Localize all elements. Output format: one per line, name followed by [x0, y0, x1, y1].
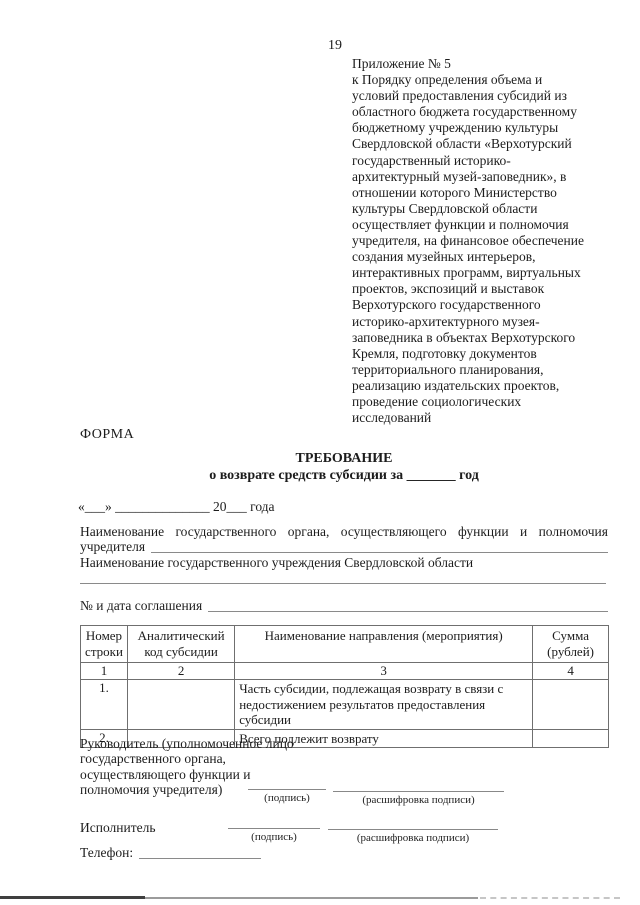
header-row-number: Номер строки	[81, 626, 128, 663]
transcript-caption: (расшифровка подписи)	[328, 832, 498, 844]
page-number: 19	[328, 38, 342, 54]
signature-caption: (подпись)	[228, 831, 320, 843]
institution-name-label: Наименование государственного учреждения…	[80, 555, 608, 570]
executor-signature-line	[228, 828, 320, 829]
agreement-blank-line	[208, 611, 608, 612]
row1-amount	[533, 680, 609, 730]
scan-artifact-line	[480, 897, 620, 899]
head-signature-field: (подпись)	[248, 789, 326, 804]
row2-amount	[533, 729, 609, 748]
column-number-1: 1	[81, 663, 128, 680]
head-signatory-label: Руководитель (уполномоченное лицо госуда…	[80, 736, 294, 797]
phone-field: Телефон:	[80, 845, 270, 861]
table-column-numbers-row: 1 2 3 4	[81, 663, 609, 680]
signature-caption: (подпись)	[248, 792, 326, 804]
row1-code-cell	[127, 680, 234, 730]
table-header-row: Номер строки Аналитический код субсидии …	[81, 626, 609, 663]
head-transcript-line	[333, 791, 504, 792]
org-name-blank-line	[151, 552, 608, 553]
scan-artifact-line	[0, 896, 145, 899]
column-number-3: 3	[235, 663, 533, 680]
table-row: 1. Часть субсидии, подлежащая возврату в…	[81, 680, 609, 730]
appendix-note: Приложение № 5 к Порядку определения объ…	[352, 56, 632, 426]
head-transcript-field: (расшифровка подписи)	[333, 791, 504, 806]
header-amount: Сумма (рублей)	[533, 626, 609, 663]
org-name-line2-label: учредителя	[80, 539, 145, 554]
column-number-4: 4	[533, 663, 609, 680]
row1-number: 1.	[81, 680, 128, 730]
org-name-line2: учредителя	[80, 539, 608, 554]
executor-label: Исполнитель	[80, 820, 156, 836]
executor-transcript-line	[328, 829, 498, 830]
executor-transcript-field: (расшифровка подписи)	[328, 829, 498, 844]
header-direction: Наименование направления (мероприятия)	[235, 626, 533, 663]
phone-blank-line	[139, 858, 261, 859]
agreement-label: № и дата соглашения	[80, 598, 202, 614]
date-field: «___» ______________ 20___ года	[78, 499, 275, 515]
scan-artifact-line	[145, 897, 478, 899]
subsidy-return-table: Номер строки Аналитический код субсидии …	[80, 625, 609, 748]
document-page: 19 Приложение № 5 к Порядку определения …	[0, 0, 640, 905]
header-analytic-code: Аналитический код субсидии	[127, 626, 234, 663]
transcript-caption: (расшифровка подписи)	[333, 794, 504, 806]
form-label: ФОРМА	[80, 427, 134, 443]
institution-name-blank-line	[80, 570, 606, 584]
executor-signature-field: (подпись)	[228, 828, 320, 843]
agreement-field: № и дата соглашения	[80, 598, 608, 614]
phone-label: Телефон:	[80, 845, 133, 861]
org-name-field: Наименование государственного органа, ос…	[80, 524, 608, 570]
column-number-2: 2	[127, 663, 234, 680]
row1-direction: Часть субсидии, подлежащая возврату в св…	[235, 680, 533, 730]
head-signature-line	[248, 789, 326, 790]
org-name-line1: Наименование государственного органа, ос…	[80, 524, 608, 539]
form-title: ТРЕБОВАНИЕ о возврате средств субсидии з…	[80, 451, 608, 484]
